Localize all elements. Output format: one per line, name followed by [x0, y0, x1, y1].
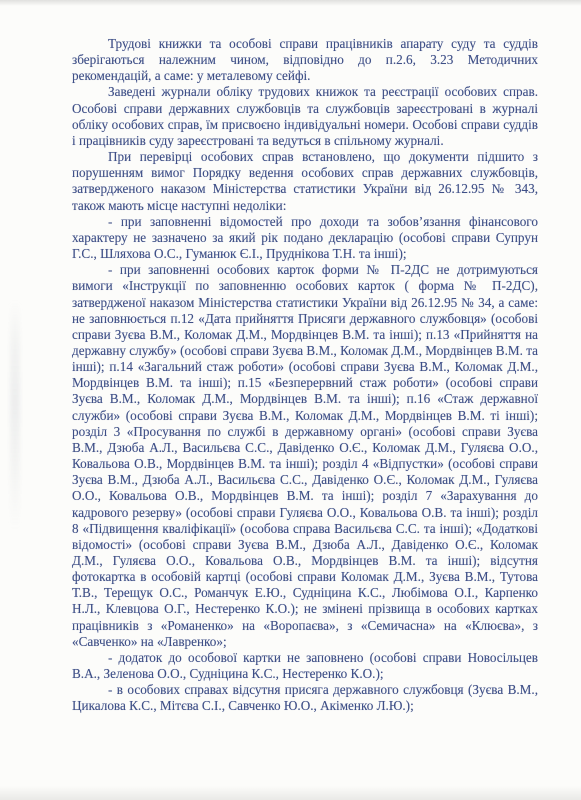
paragraph-deficiency-missing-oath: - в особових справах відсутня присяга де… [72, 682, 538, 714]
scan-smudge-artifact [10, 300, 20, 530]
paragraph-inspection-findings-intro: При перевірці особових справ встановлено… [72, 149, 538, 214]
paragraph-storage-of-work-books: Трудові книжки та особові справи працівн… [72, 36, 538, 84]
paragraph-deficiency-personnel-cards: - при заповненні особових карток форми №… [72, 262, 538, 650]
scan-edge-shadow-top [0, 0, 581, 6]
scanned-document-page: Трудові книжки та особові справи працівн… [0, 0, 581, 800]
scan-edge-shadow-bottom [0, 786, 581, 800]
paragraph-deficiency-income-declarations: - при заповненні відомостей про доходи т… [72, 214, 538, 262]
paragraph-deficiency-card-annex: - додаток до особової картки не заповнен… [72, 650, 538, 682]
paragraph-journals-of-record: Заведені журнали обліку трудових книжок … [72, 84, 538, 149]
document-body: Трудові книжки та особові справи працівн… [72, 36, 538, 715]
